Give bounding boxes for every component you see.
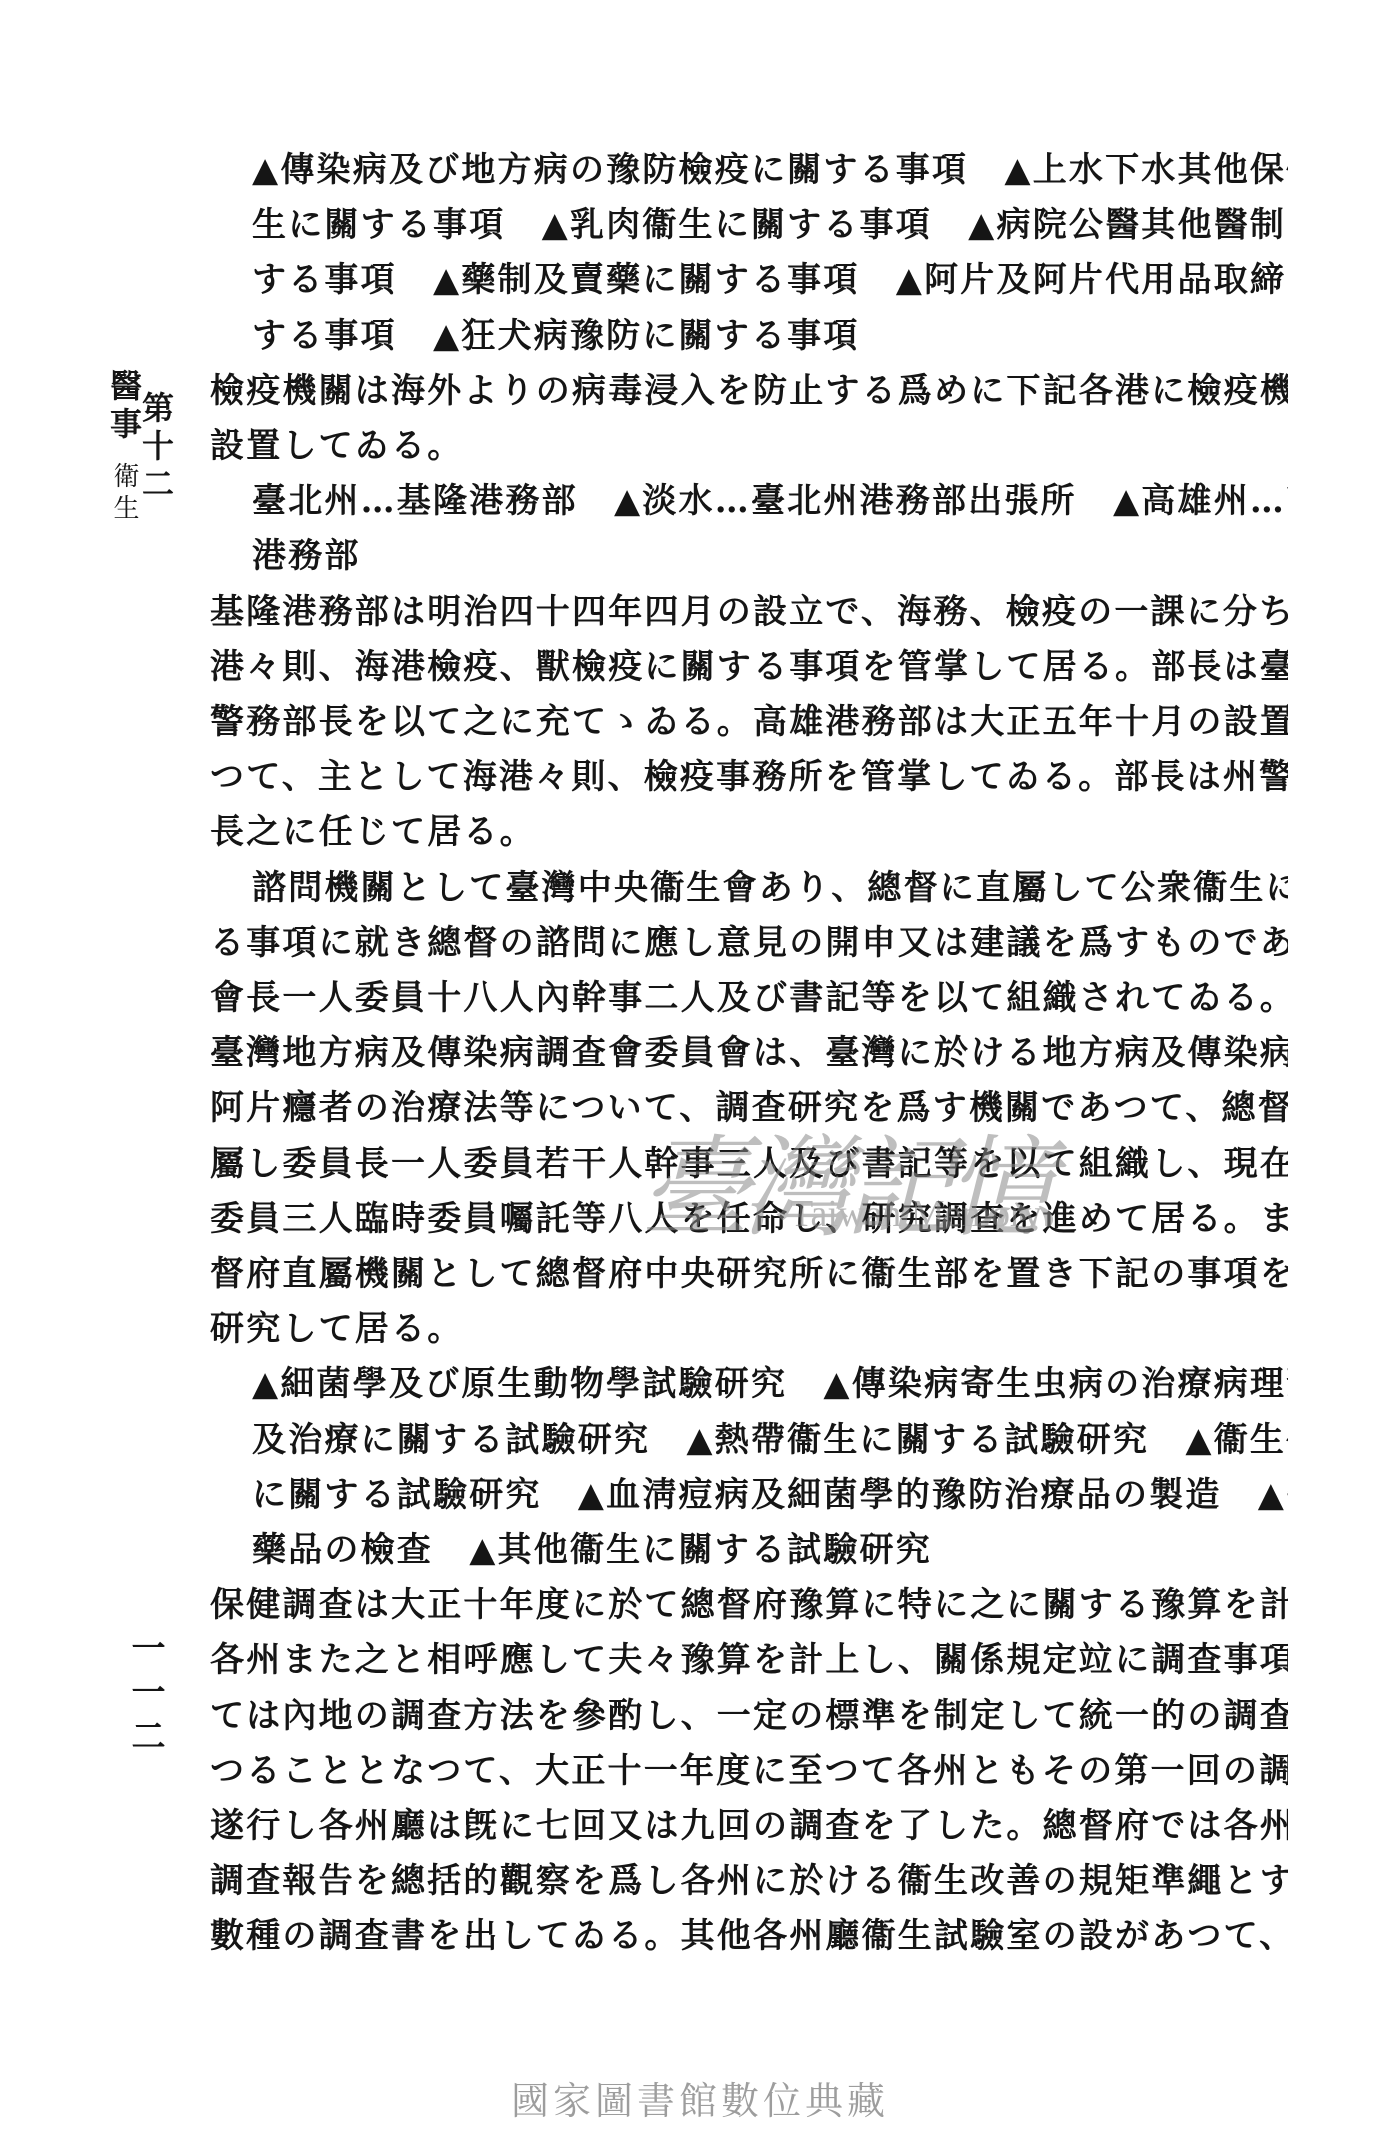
footer-attribution: 國家圖書館數位典藏 (0, 2070, 1400, 2125)
text-line: 會長一人委員十八人內幹事二人及び書記等を以て組織されてゐる。また (210, 970, 1288, 1026)
text-line: 港務部 (252, 528, 1288, 584)
section-title-main: 醫事 (105, 369, 143, 445)
chapter-margin-title: 第十二 醫事 衛生 (128, 318, 172, 578)
document-page: 第十二 醫事 衛生 一一二 ▲傳染病及び地方病の豫防檢疫に關する事項 ▲上水下水… (0, 0, 1400, 2130)
section-title-sub: 衛生 (109, 463, 139, 527)
text-line: つることとなつて、大正十一年度に至つて各州ともその第一回の調查を (210, 1743, 1288, 1799)
text-line: 諮問機關として臺灣中央衞生會あり、總督に直屬して公衆衞生に關す (252, 860, 1288, 916)
text-line: つて、主として海港々則、檢疫事務所を管掌してゐる。部長は州警務部 (210, 749, 1288, 805)
text-line: 警務部長を以て之に充てゝゐる。高雄港務部は大正五年十月の設置であ (210, 694, 1288, 750)
text-line: ▲傳染病及び地方病の豫防檢疫に關する事項 ▲上水下水其他保健衞 (252, 142, 1288, 198)
text-line: 研究して居る。 (210, 1301, 1288, 1357)
text-line: 各州また之と相呼應して夫々豫算を計上し、關係規定竝に調查事項に就 (210, 1632, 1288, 1688)
text-line: 屬し委員長一人委員若干人幹事三人及び書記等を以て組織し、現在常任 (210, 1136, 1288, 1192)
text-line: 保健調查は大正十年度に於て總督府豫算に特に之に關する豫算を計上し (210, 1577, 1288, 1633)
text-line: 及治療に關する試驗研究 ▲熱帶衞生に關する試驗研究 ▲衞生化學 (252, 1412, 1288, 1468)
text-line: 數種の調查書を出してゐる。其他各州廳衞生試驗室の設があつて、細菌 (210, 1908, 1288, 1964)
text-line: 基隆港務部は明治四十四年四月の設立で、海務、檢疫の一課に分ち、海 (210, 584, 1288, 640)
text-line: 藥品の檢查 ▲其他衞生に關する試驗研究 (252, 1522, 1288, 1578)
text-line: 委員三人臨時委員囑託等八人を任命し、研究調查を進めて居る。また總 (210, 1191, 1288, 1247)
text-line: 臺北州…基隆港務部 ▲淡水…臺北州港務部出張所 ▲高雄州…高雄 (252, 473, 1288, 529)
text-line: 檢疫機關は海外よりの病毒浸入を防止する爲めに下記各港に檢疫機關を (210, 363, 1288, 419)
text-line: 長之に任じて居る。 (210, 804, 1288, 860)
text-line: する事項 ▲藥制及賣藥に關する事項 ▲阿片及阿片代用品取締に關 (252, 252, 1288, 308)
text-line: に關する試驗研究 ▲血淸痘病及細菌學的豫防治療品の製造 ▲醫療 (252, 1467, 1288, 1523)
text-line: 臺灣地方病及傳染病調查會委員會は、臺灣に於ける地方病及傳染病竝に (210, 1025, 1288, 1081)
page-number: 一一二 (130, 1630, 170, 1762)
text-line: ては內地の調查方法を參酌し、一定の標準を制定して統一的の調查を企 (210, 1688, 1288, 1744)
text-line: 設置してゐる。 (210, 418, 1288, 474)
text-line: る事項に就き總督の諮問に應し意見の開申又は建議を爲すものである。 (210, 915, 1288, 971)
text-line: 港々則、海港檢疫、獸檢疫に關する事項を管掌して居る。部長は臺北州 (210, 639, 1288, 695)
text-line: 調查報告を總括的觀察を爲し各州に於ける衞生改善の規矩準繩とすべく (210, 1853, 1288, 1909)
text-line: 督府直屬機關として總督府中央研究所に衞生部を置き下記の事項を調查 (210, 1246, 1288, 1302)
text-line: 遂行し各州廳は旣に七回又は九回の調查を了した。總督府では各州廳の (210, 1798, 1288, 1854)
text-line: 生に關する事項 ▲乳肉衞生に關する事項 ▲病院公醫其他醫制に關 (252, 197, 1288, 253)
text-line: 阿片癮者の治療法等について、調查研究を爲す機關であつて、總督に直 (210, 1080, 1288, 1136)
text-line: する事項 ▲狂犬病豫防に關する事項 (252, 308, 1288, 364)
text-line: ▲細菌學及び原生動物學試驗研究 ▲傳染病寄生虫病の治療病理豫防 (252, 1356, 1288, 1412)
chapter-label: 第十二 (140, 318, 172, 578)
